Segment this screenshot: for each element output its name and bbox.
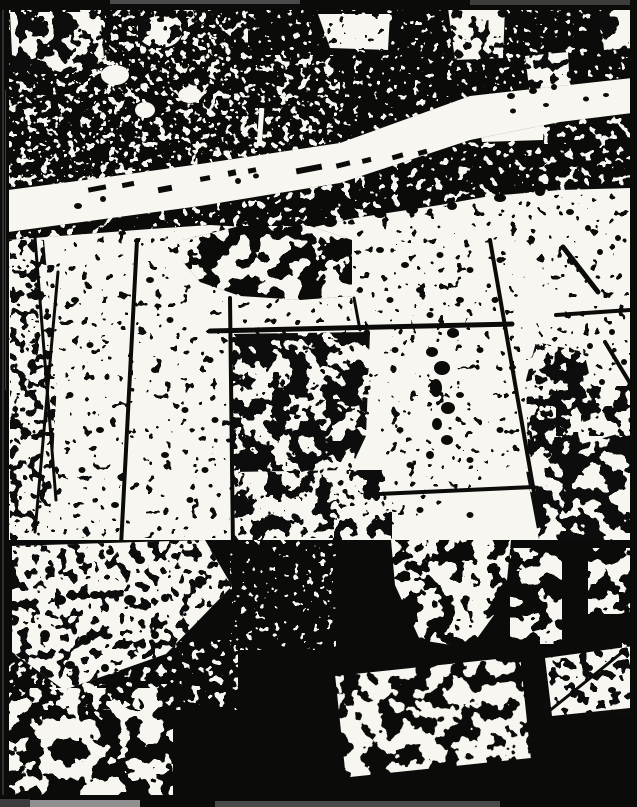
frame-bottom-gray-mid: [215, 801, 500, 807]
mottled-clearing-circle: [335, 657, 531, 778]
photo-scene: [8, 8, 636, 797]
frame-left-scratch-2: [5, 90, 6, 390]
light-plot-bottom-right: [545, 646, 635, 716]
frame-left-scratch: [2, 0, 4, 807]
photo-canvas: [0, 0, 637, 807]
frame-right: [630, 0, 637, 807]
frame-bottom-gray-light: [30, 800, 140, 807]
shadow-mass: [335, 538, 636, 796]
frame-bottom-gray-dark: [0, 799, 30, 807]
clearing-b: [510, 547, 562, 644]
halftone-aerial-photograph: [0, 0, 637, 807]
frame-left: [0, 0, 9, 807]
frame-top-smudge: [110, 0, 300, 4]
frame-top-smudge-2: [470, 0, 637, 5]
